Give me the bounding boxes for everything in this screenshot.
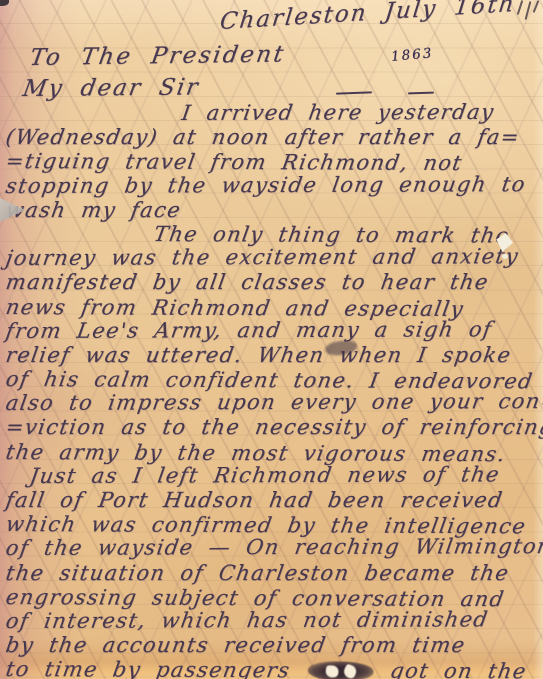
letter-line: fall of Port Hudson had been received: [4, 488, 543, 512]
letter-line: also to impress upon every one your con=: [4, 389, 543, 415]
letter-line: I arrived here yesterday: [180, 100, 543, 125]
ink-scratch-mark: [533, 0, 540, 13]
ink-scratch-mark: [517, 0, 524, 15]
top-left-corner-mark: [0, 0, 9, 6]
ink-blot-paper-hole: [324, 666, 339, 678]
salutation-line: My dear Sir: [21, 74, 202, 102]
letter-line: journey was the excitement and anxiety: [4, 244, 543, 270]
letter-line: manifested by all classes to hear the: [4, 270, 543, 294]
salutation-flourish-dash: [336, 91, 372, 94]
letter-line: Just as I left Richmond news of the: [28, 462, 543, 488]
paper-damage-speck: [502, 254, 508, 259]
letter-final-line: to time by passengers got on the: [4, 657, 543, 679]
final-line-text-after: got on the: [388, 659, 528, 679]
letter-line: of interest, which has not diminished: [4, 607, 543, 633]
letter-line: of the wayside — On reaching Wilmington: [4, 535, 543, 561]
ink-blot: [306, 662, 375, 679]
letter-line: by the accounts received from time: [4, 633, 543, 657]
letter-line: wash my face: [4, 198, 543, 222]
final-line-text-before: to time by passengers: [4, 657, 292, 679]
ink-blot-paper-hole: [341, 664, 358, 679]
letter-line: relief was uttered. When when I spoke: [4, 343, 543, 367]
letter-line: from Lee's Army, and many a sigh of: [4, 317, 543, 343]
letter-body: I arrived here yesterday (Wednesday) at …: [6, 101, 542, 679]
letter-line: (Wednesday) at noon after rather a fa=: [4, 125, 543, 149]
recipient-line: To The President: [28, 41, 288, 71]
letter-line: the situation of Charleston became the: [4, 561, 543, 585]
year-annotation: 1863: [390, 45, 434, 65]
letter-scan-page: Charleston July 16th 1863 To The Preside…: [0, 0, 543, 679]
dateline: Charleston July 16th: [219, 0, 518, 35]
letter-line: stopping by the wayside long enough to: [4, 172, 543, 198]
salutation-flourish-dash: [408, 92, 434, 95]
ink-scratch-mark: [525, 1, 532, 20]
letter-line: =viction as to the necessity of reinforc…: [4, 415, 543, 439]
